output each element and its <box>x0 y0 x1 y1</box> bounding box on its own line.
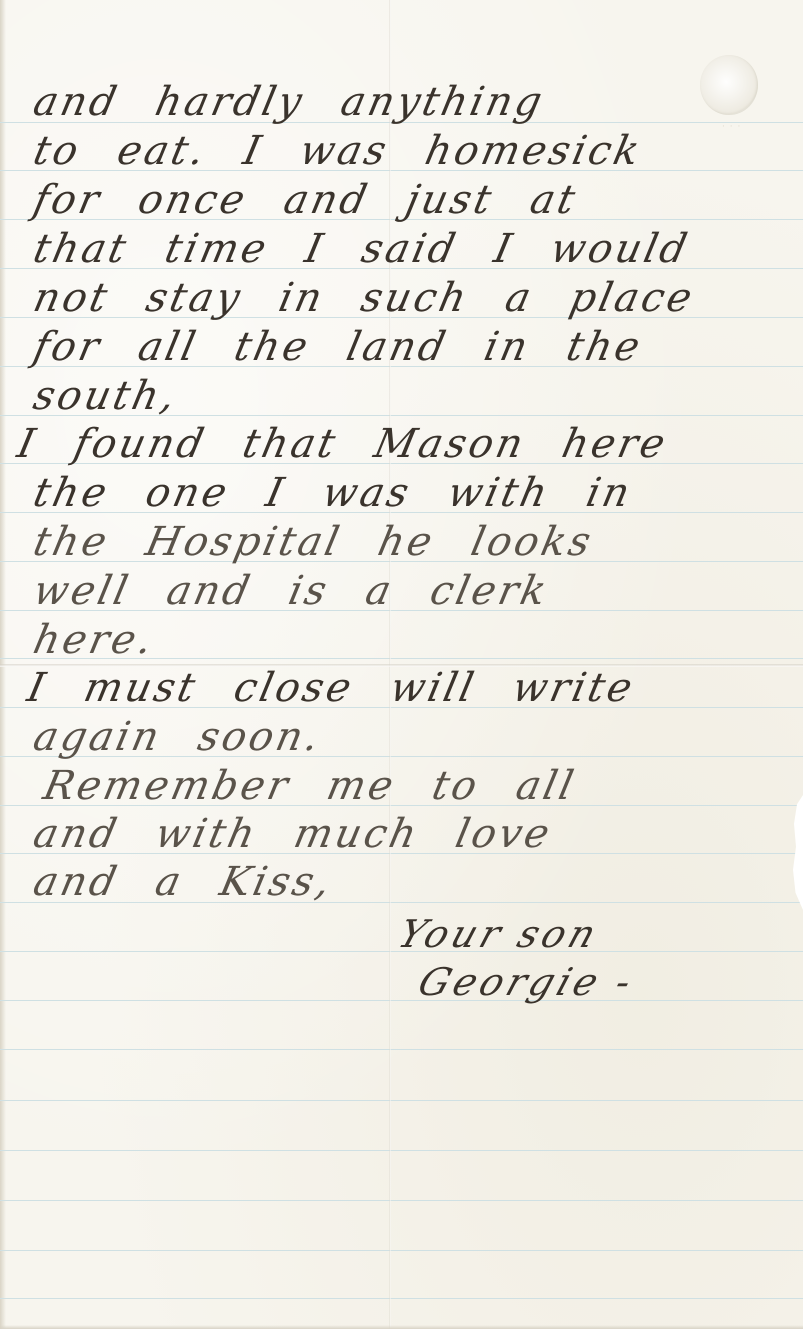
paper-bottom-edge <box>0 1325 803 1329</box>
letter-line: Remember me to all <box>40 766 580 806</box>
letter-line: for all the land in the <box>30 327 646 367</box>
letter-line: well and is a clerk <box>30 571 552 611</box>
ruled-line <box>0 1250 803 1251</box>
embossed-seal-icon <box>700 55 758 115</box>
letter-line: here. <box>30 620 158 660</box>
ruled-line <box>0 1298 803 1299</box>
letter-line: and hardly anything <box>30 82 548 122</box>
ruled-line <box>0 1150 803 1151</box>
letter-line: again soon. <box>30 717 325 757</box>
ruled-line <box>0 1000 803 1001</box>
letter-closing: Your son <box>393 912 606 956</box>
letter-line: that time I said I would <box>30 229 693 269</box>
letter-line: not stay in such a place <box>30 278 698 318</box>
emboss-dots: · · · <box>722 122 741 132</box>
letter-line: I must close will write <box>24 668 638 708</box>
letter-signature: Georgie - <box>413 960 641 1004</box>
ruled-line <box>0 1200 803 1201</box>
letter-line: the one I was with in <box>30 473 636 513</box>
letter-line: to eat. I was homesick <box>30 131 646 171</box>
letter-line: and with much love <box>30 814 556 854</box>
ruled-line <box>0 1049 803 1050</box>
letter-line: for once and just at <box>30 180 581 220</box>
letter-page: · · · and hardly anything to eat. I was … <box>0 0 803 1329</box>
letter-line: the Hospital he looks <box>30 522 597 562</box>
ruled-line <box>0 1100 803 1101</box>
letter-line: and a Kiss, <box>30 862 336 902</box>
letter-line: south, <box>30 376 181 416</box>
letter-line: I found that Mason here <box>14 424 671 464</box>
